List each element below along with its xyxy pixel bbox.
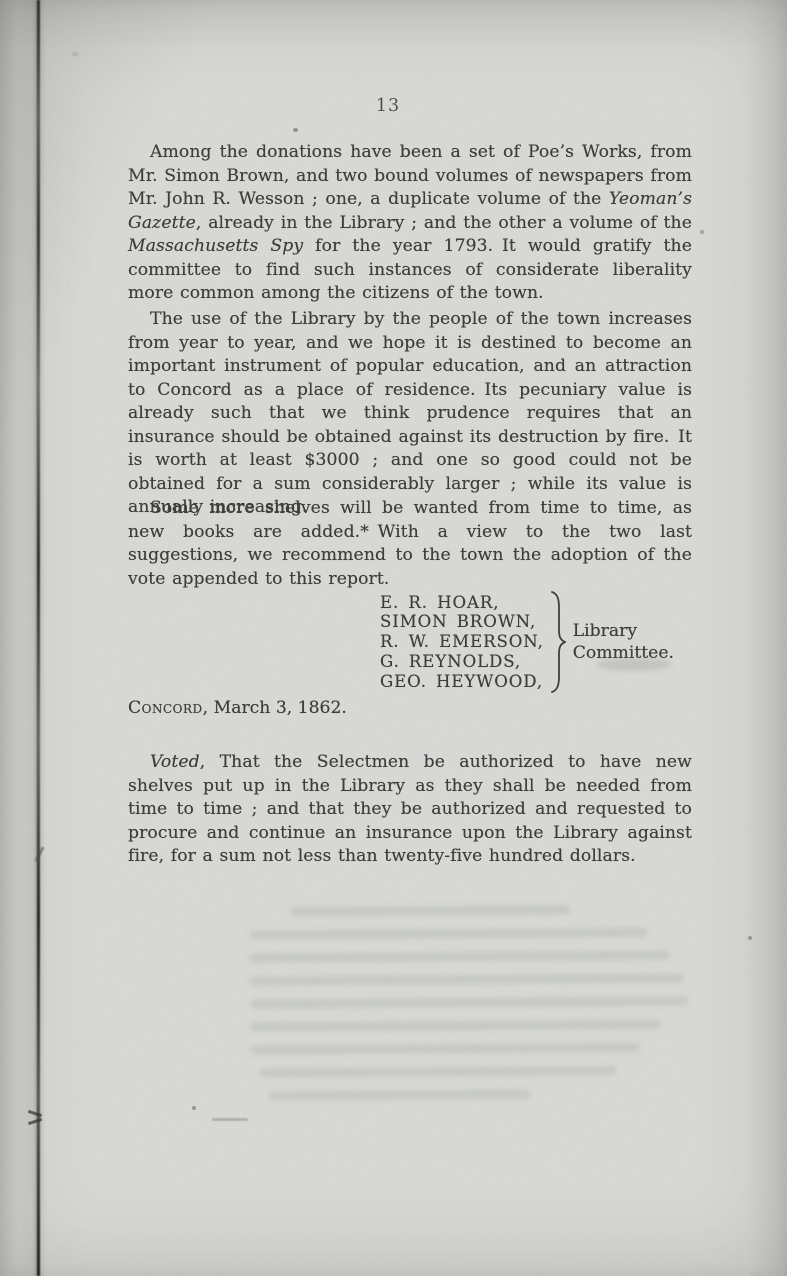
show-through-line bbox=[249, 928, 647, 940]
signature-block: E. R. HOAR, SIMON BROWN, R. W. EMERSON, … bbox=[380, 590, 674, 694]
signatory-name: SIMON BROWN, bbox=[380, 612, 544, 632]
text-run: , already in the Library ; and the other… bbox=[196, 213, 692, 233]
signatory-name: E. R. HOAR, bbox=[380, 593, 544, 613]
ink-speck bbox=[748, 936, 752, 940]
committee-brace-icon bbox=[550, 590, 566, 694]
show-through-line bbox=[250, 951, 670, 963]
ink-speck bbox=[72, 52, 78, 56]
dateline-date: , March 3, 1862. bbox=[203, 698, 347, 718]
signatory-name: R. W. EMERSON, bbox=[380, 632, 544, 652]
show-through-line bbox=[259, 1066, 616, 1077]
text-run-italic: Voted bbox=[150, 752, 200, 772]
show-through-line bbox=[250, 1043, 639, 1055]
show-through-text bbox=[249, 904, 702, 1114]
signatory-name: G. REYNOLDS, bbox=[380, 652, 544, 672]
text-run: Among the donations have been a set of P… bbox=[128, 142, 692, 209]
committee-label-line: Library bbox=[573, 620, 674, 643]
text-run: Some more shelves will be wanted from ti… bbox=[128, 498, 692, 589]
show-through-line bbox=[250, 1020, 661, 1032]
text-run: , That the Selectmen be authorized to ha… bbox=[128, 752, 692, 866]
ink-speck bbox=[192, 1106, 196, 1110]
paper-smudge bbox=[596, 658, 672, 671]
show-through-line bbox=[250, 974, 684, 986]
paragraph-library-use: The use of the Library by the people of … bbox=[128, 308, 692, 520]
text-run: The use of the Library by the people of … bbox=[128, 309, 692, 517]
paragraph-voted: Voted, That the Selectmen be authorized … bbox=[128, 751, 692, 869]
faint-dash-mark bbox=[212, 1118, 248, 1121]
scanned-book-page: 13 Among the donations have been a set o… bbox=[0, 0, 787, 1276]
signatory-name: GEO. HEYWOOD, bbox=[380, 672, 544, 692]
ink-speck bbox=[293, 128, 298, 132]
paragraph-shelves: Some more shelves will be wanted from ti… bbox=[128, 497, 692, 591]
signatory-names: E. R. HOAR, SIMON BROWN, R. W. EMERSON, … bbox=[380, 593, 544, 692]
show-through-line bbox=[269, 1090, 531, 1101]
dateline: Concord, March 3, 1862. bbox=[128, 698, 347, 718]
paragraph-donations: Among the donations have been a set of P… bbox=[128, 141, 692, 306]
ink-speck bbox=[700, 230, 704, 234]
text-run-italic: Massachusetts Spy bbox=[128, 236, 303, 256]
page-number: 13 bbox=[368, 96, 408, 116]
show-through-line bbox=[290, 905, 570, 916]
facing-page-edge bbox=[0, 0, 34, 1276]
binding-gutter-crease bbox=[37, 0, 40, 1276]
dateline-place: Concord bbox=[128, 698, 203, 718]
show-through-line bbox=[250, 997, 688, 1009]
